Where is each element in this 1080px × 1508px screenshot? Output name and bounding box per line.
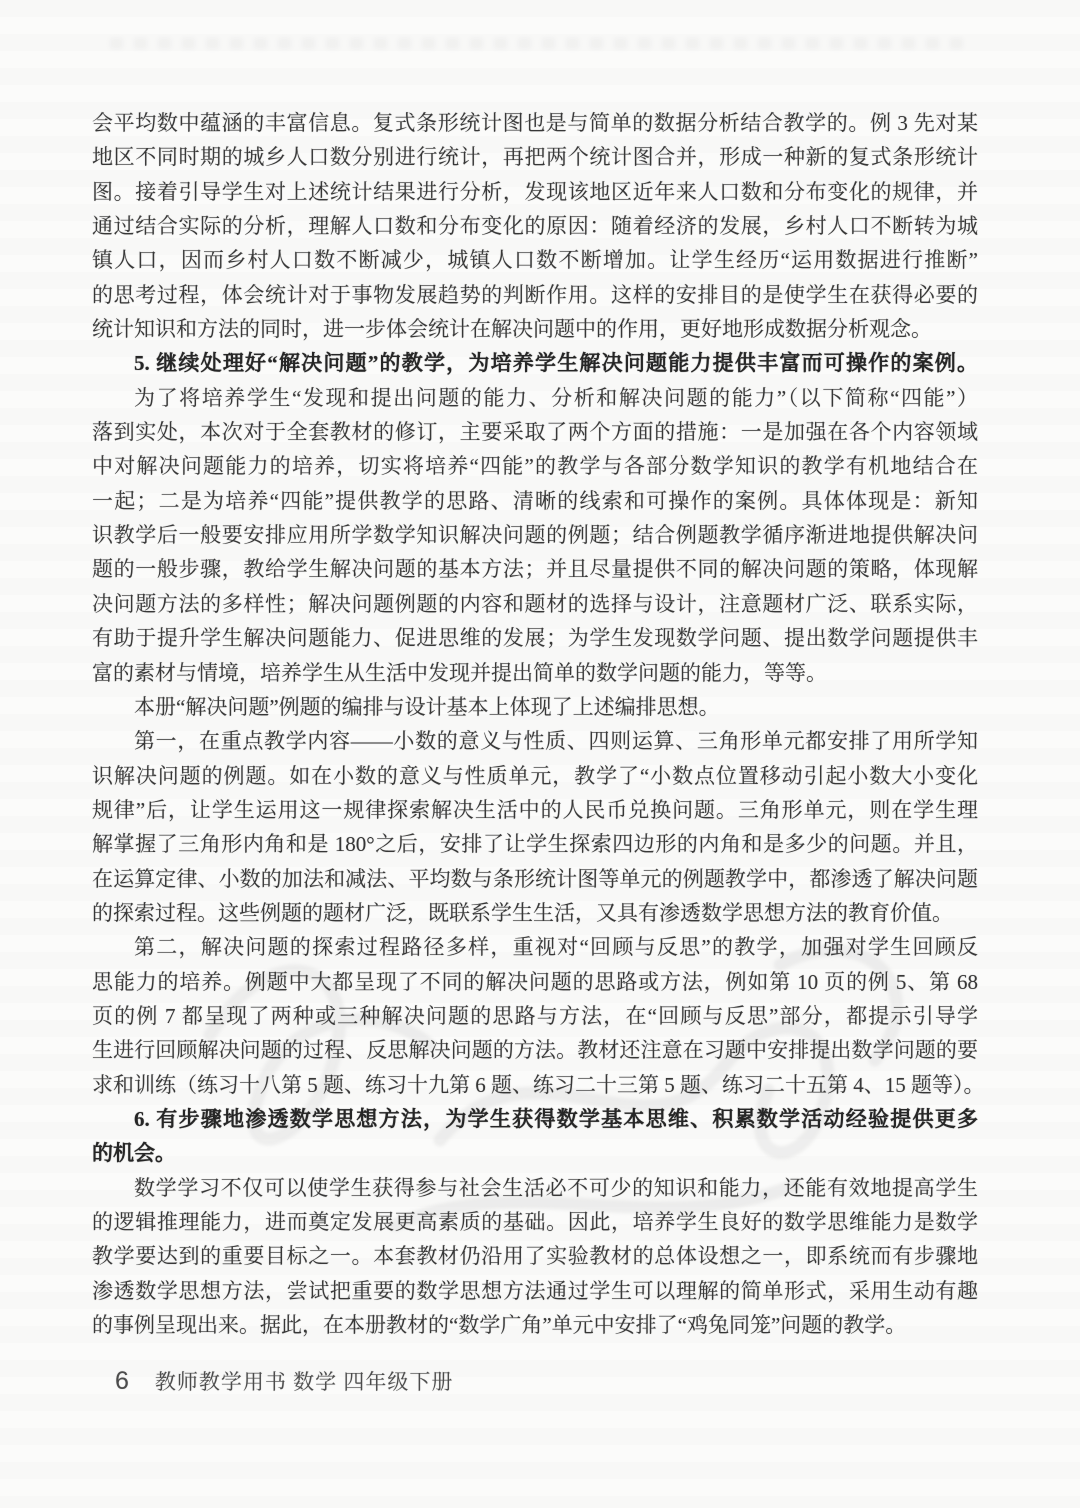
- text-line: 第一，在重点教学内容——小数的意义与性质、四则运算、三角形单元都安排了用所学知: [92, 724, 978, 758]
- footer-text: 教师教学用书 数学 四年级下册: [155, 1366, 454, 1396]
- text-line: 规律”后，让学生运用这一规律探索解决生活中的人民币兑换问题。三角形单元，则在学生…: [92, 793, 978, 827]
- text-line: 生进行回顾解决问题的过程、反思解决问题的方法。教材还注意在习题中安排提出数学问题…: [92, 1033, 978, 1067]
- scanned-book-page: { "page": { "background": "#fbfbfa", "te…: [0, 0, 1080, 1508]
- text-line: 本册“解决问题”例题的编排与设计基本上体现了上述编排思想。: [92, 690, 978, 724]
- text-line: 一起；二是为培养“四能”提供教学的思路、清晰的线索和可操作的案例。具体体现是：新…: [92, 484, 978, 518]
- text-line: 识教学后一般要安排应用所学数学知识解决问题的例题；结合例题教学循序渐进地提供解决…: [92, 518, 978, 552]
- text-line: 中对解决问题能力的培养，切实将培养“四能”的教学与各部分数学知识的教学有机地结合…: [92, 449, 978, 483]
- text-line: 的逻辑推理能力，进而奠定发展更高素质的基础。因此，培养学生良好的数学思维能力是数…: [92, 1205, 978, 1239]
- text-line: 第二，解决问题的探索过程路径多样，重视对“回顾与反思”的教学，加强对学生回顾反: [92, 930, 978, 964]
- text-line: 统计知识和方法的同时，进一步体会统计在解决问题中的作用，更好地形成数据分析观念。: [92, 312, 978, 346]
- text-line: 图。接着引导学生对上述统计结果进行分析，发现该地区近年来人口数和分布变化的规律，…: [92, 175, 978, 209]
- page-number: 6: [115, 1367, 129, 1396]
- heading-line: 的机会。: [92, 1136, 978, 1170]
- text-line: 页的例 7 都呈现了两种或三种解决问题的思路与方法，在“回顾与反思”部分，都提示…: [92, 999, 978, 1033]
- text-line: 镇人口，因而乡村人口数不断减少，城镇人口数不断增加。让学生经历“运用数据进行推断…: [92, 243, 978, 277]
- text-line: 求和训练（练习十八第 5 题、练习十九第 6 题、练习二十三第 5 题、练习二十…: [92, 1068, 978, 1102]
- text-line: 为了将培养学生“发现和提出问题的能力、分析和解决问题的能力”（以下简称“四能”）: [92, 381, 978, 415]
- text-line: 的探索过程。这些例题的题材广泛，既联系学生生活，又具有渗透数学思想方法的教育价值…: [92, 896, 978, 930]
- text-line: 会平均数中蕴涵的丰富信息。复式条形统计图也是与简单的数据分析结合教学的。例 3 …: [92, 106, 978, 140]
- bleed-through-artifact: [110, 38, 970, 49]
- text-line: 落到实处，本次对于全套教材的修订，主要采取了两个方面的措施：一是加强在各个内容领…: [92, 415, 978, 449]
- text-line: 在运算定律、小数的加法和减法、平均数与条形统计图等单元的例题教学中，都渗透了解决…: [92, 862, 978, 896]
- text-line: 数学学习不仅可以使学生获得参与社会生活必不可少的知识和能力，还能有效地提高学生: [92, 1171, 978, 1205]
- text-line: 渗透数学思想方法，尝试把重要的数学思想方法通过学生可以理解的简单形式，采用生动有…: [92, 1274, 978, 1308]
- text-line: 决问题方法的多样性；解决问题例题的内容和题材的选择与设计，注意题材广泛、联系实际…: [92, 587, 978, 621]
- heading-line: 6. 有步骤地渗透数学思想方法，为学生获得数学基本思维、积累数学活动经验提供更多: [92, 1102, 978, 1136]
- text-line: 识解决问题的例题。如在小数的意义与性质单元，教学了“小数点位置移动引起小数大小变…: [92, 759, 978, 793]
- page-footer: 6 教师教学用书 数学 四年级下册: [115, 1366, 453, 1396]
- page-body-text: 会平均数中蕴涵的丰富信息。复式条形统计图也是与简单的数据分析结合教学的。例 3 …: [92, 106, 978, 1342]
- text-line: 地区不同时期的城乡人口数分别进行统计，再把两个统计图合并，形成一种新的复式条形统…: [92, 140, 978, 174]
- text-line: 思能力的培养。例题中大都呈现了不同的解决问题的思路或方法，例如第 10 页的例 …: [92, 965, 978, 999]
- text-line: 通过结合实际的分析，理解人口数和分布变化的原因：随着经济的发展，乡村人口不断转为…: [92, 209, 978, 243]
- text-line: 有助于提升学生解决问题能力、促进思维的发展；为学生发现数学问题、提出数学问题提供…: [92, 621, 978, 655]
- text-line: 题的一般步骤，教给学生解决问题的基本方法；并且尽量提供不同的解决问题的策略，体现…: [92, 552, 978, 586]
- text-line: 教学要达到的重要目标之一。本套教材仍沿用了实验教材的总体设想之一，即系统而有步骤…: [92, 1239, 978, 1273]
- text-line: 富的素材与情境，培养学生从生活中发现并提出简单的数学问题的能力，等等。: [92, 656, 978, 690]
- heading-line: 5. 继续处理好“解决问题”的教学，为培养学生解决问题能力提供丰富而可操作的案例…: [92, 346, 978, 380]
- text-line: 的思考过程，体会统计对于事物发展趋势的判断作用。这样的安排目的是使学生在获得必要…: [92, 278, 978, 312]
- text-line: 的事例呈现出来。据此，在本册教材的“数学广角”单元中安排了“鸡兔同笼”问题的教学…: [92, 1308, 978, 1342]
- text-line: 解掌握了三角形内角和是 180°之后，安排了让学生探索四边形的内角和是多少的问题…: [92, 827, 978, 861]
